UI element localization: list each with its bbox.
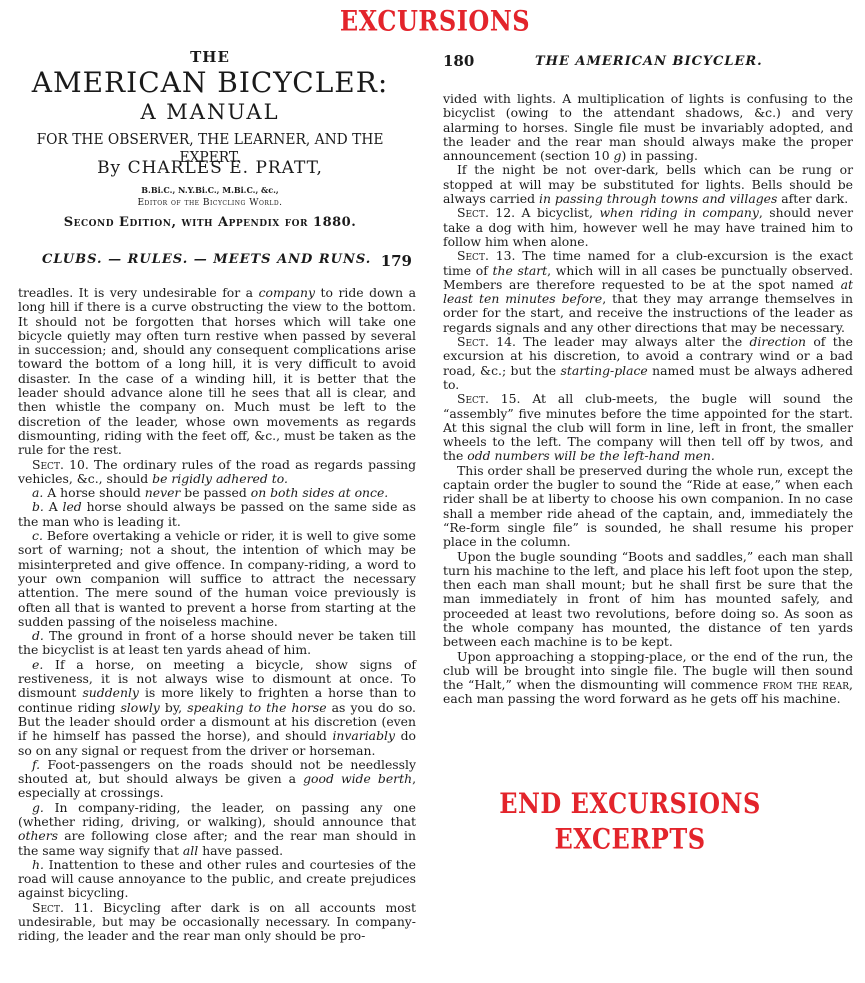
- rule-f: f. Foot-passengers on the roads should n…: [18, 758, 416, 801]
- rule-e: e. If a horse, on meeting a bicycle, sho…: [18, 658, 416, 758]
- excursions-banner: EXCURSIONS: [330, 4, 540, 37]
- club-affiliations: B.Bi.C., N.Y.Bi.C., M.Bi.C., &c.,: [0, 185, 420, 195]
- section-11: Sect. 11. Bicycling after dark is on all…: [18, 901, 416, 944]
- right-page-number: 180: [443, 52, 474, 70]
- paragraph: treadles. It is very undesirable for a c…: [18, 286, 416, 458]
- section-15: Sect. 15. At all club-meets, the bugle w…: [443, 392, 853, 463]
- rule-h: h. Inattention to these and other rules …: [18, 858, 416, 901]
- rule-c: c. Before overtaking a vehicle or rider,…: [18, 529, 416, 629]
- section-12: Sect. 12. A bicyclist, when riding in co…: [443, 206, 853, 249]
- left-running-title: CLUBS. — RULES. — MEETS AND RUNS.: [42, 252, 371, 270]
- end-banner-line-2: EXCERPTS: [480, 821, 780, 857]
- edition-line: Second Edition, with Appendix for 1880.: [0, 215, 420, 230]
- paragraph: vided with lights. A multiplication of l…: [443, 92, 853, 163]
- title-the: THE: [0, 48, 420, 66]
- author-line: By CHARLES E. PRATT,: [0, 158, 420, 178]
- book-title: AMERICAN BICYCLER:: [0, 66, 420, 99]
- section-10: Sect. 10. The ordinary rules of the road…: [18, 458, 416, 487]
- section-14: Sect. 14. The leader may always alter th…: [443, 335, 853, 392]
- paragraph: Upon the bugle sounding “Boots and saddl…: [443, 550, 853, 650]
- section-13: Sect. 13. The time named for a club-excu…: [443, 249, 853, 335]
- end-banner-line-1: END EXCURSIONS: [480, 785, 780, 821]
- book-subtitle: A MANUAL: [0, 100, 420, 124]
- left-page-number: 179: [381, 252, 412, 270]
- rule-b: b. A led horse should always be passed o…: [18, 500, 416, 529]
- right-running-title: THE AMERICAN BICYCLER.: [535, 54, 763, 69]
- end-excursions-banner: END EXCURSIONS EXCERPTS: [480, 785, 780, 856]
- paragraph: This order shall be preserved during the…: [443, 464, 853, 550]
- left-running-head: CLUBS. — RULES. — MEETS AND RUNS. 179: [42, 252, 412, 270]
- left-page-body: treadles. It is very undesirable for a c…: [18, 286, 416, 944]
- editor-line: Editor of the Bicycling World.: [0, 198, 420, 208]
- right-page-body: vided with lights. A multiplication of l…: [443, 92, 853, 707]
- rule-a: a. A horse should never be passed on bot…: [18, 486, 416, 500]
- paragraph: Upon approaching a stopping-place, or th…: [443, 650, 853, 707]
- paragraph: If the night be not over-dark, bells whi…: [443, 163, 853, 206]
- rule-d: d. The ground in front of a horse should…: [18, 629, 416, 658]
- rule-g: g. In company-riding, the leader, on pas…: [18, 801, 416, 858]
